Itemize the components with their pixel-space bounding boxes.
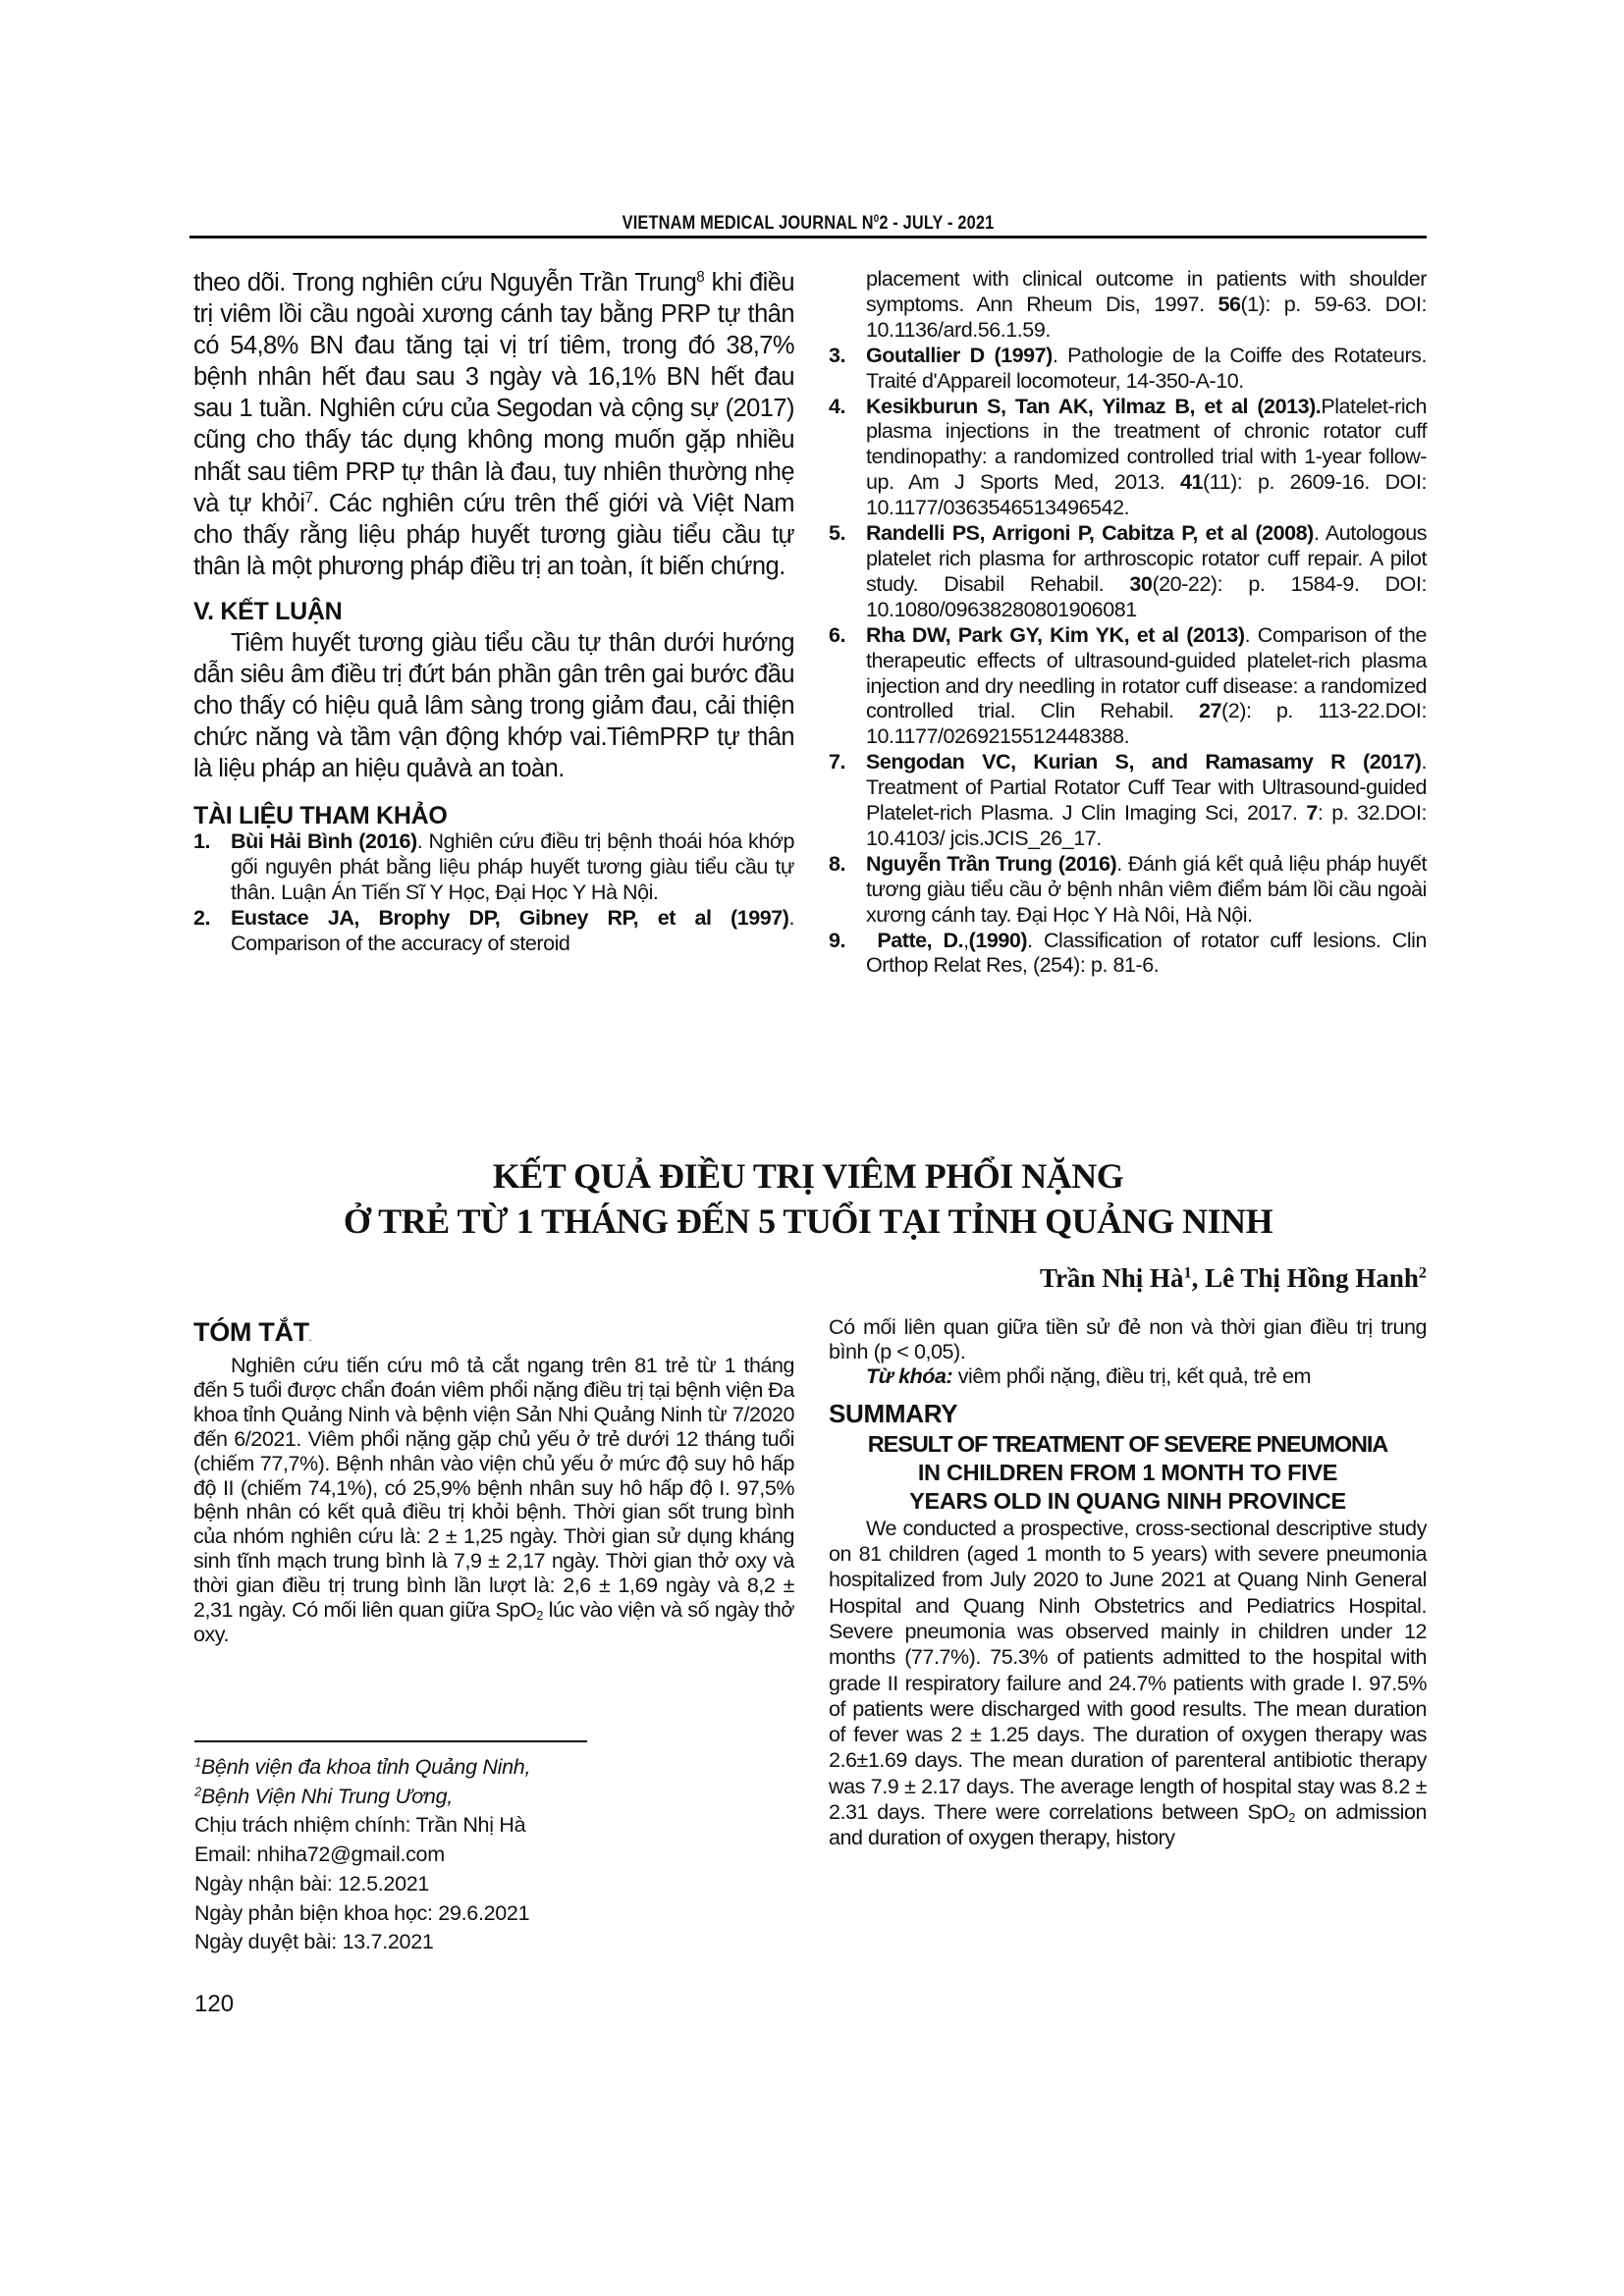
conclusion-heading: V. KẾT LUẬN: [193, 596, 794, 627]
text: theo dõi. Trong nghiên cứu Nguyễn Trần T…: [193, 269, 696, 296]
summary-paragraph: We conducted a prospective, cross-sectio…: [829, 1516, 1427, 1851]
reference-item: 5.Randelli PS, Arrigoni P, Cabitza P, et…: [829, 521, 1427, 623]
article-title-line: Ở TRẺ TỪ 1 THÁNG ĐẾN 5 TUỔI TẠI TỈNH QUẢ…: [189, 1199, 1427, 1244]
subscript: 2: [536, 1608, 543, 1623]
abstract-heading: TÓM TẮT.: [193, 1317, 794, 1354]
reference-item: 1.Bùi Hải Bình (2016). Nghiên cứu điều t…: [193, 829, 794, 906]
keywords: Từ khóa: viêm phổi nặng, điều trị, kết q…: [829, 1364, 1427, 1389]
date-reviewed: Ngày phản biện khoa học: 29.6.2021: [194, 1899, 744, 1929]
reference-item: 7.Sengodan VC, Kurian S, and Ramasamy R …: [829, 750, 1427, 852]
reference-authors: Rha DW, Park GY, Kim YK, et al (2013): [866, 623, 1245, 647]
reference-authors: Nguyễn Trần Trung (2016): [866, 852, 1116, 876]
keywords-label: Từ khóa:: [866, 1364, 952, 1388]
affiliation-sup: 1: [1183, 1263, 1191, 1281]
reference-item-continued: placement with clinical outcome in patie…: [829, 267, 1427, 344]
reference-list-right: placement with clinical outcome in patie…: [829, 267, 1427, 979]
reference-number: 5.: [829, 521, 845, 547]
corresponding-author: Chịu trách nhiệm chính: Trần Nhị Hà: [194, 1811, 744, 1841]
abstract-right-column: Có mối liên quan giữa tiền sử đẻ non và …: [829, 1315, 1427, 1851]
reference-number: 7.: [829, 750, 845, 775]
reference-item: 8.Nguyễn Trần Trung (2016). Đánh giá kết…: [829, 852, 1427, 929]
affiliation-1: 1Bệnh viện đa khoa tỉnh Quảng Ninh,: [194, 1753, 744, 1783]
reference-number: 3.: [829, 344, 845, 369]
reference-number: 1.: [193, 829, 210, 855]
text: We conducted a prospective, cross-sectio…: [829, 1517, 1427, 1824]
reference-number: 6.: [829, 623, 845, 649]
subscript: 2: [1288, 1810, 1295, 1825]
article-title: KẾT QUẢ ĐIỀU TRỊ VIÊM PHỔI NẶNG Ở TRẺ TỪ…: [189, 1153, 1427, 1244]
reference-item: 2.Eustace JA, Brophy DP, Gibney RP, et a…: [193, 906, 794, 957]
reference-volume: 30: [1129, 572, 1152, 596]
affiliation-text: Bệnh Viện Nhi Trung Ương,: [201, 1785, 453, 1808]
affiliation-2: 2Bệnh Viện Nhi Trung Ương,: [194, 1783, 744, 1812]
running-header: VIETNAM MEDICAL JOURNAL N02 - JULY - 202…: [276, 213, 1340, 235]
reference-authors: Kesikburun S, Tan AK, Yilmaz B, et al (2…: [866, 395, 1321, 418]
discussion-paragraph: theo dõi. Trong nghiên cứu Nguyễn Trần T…: [193, 267, 794, 582]
summary-title-line: IN CHILDREN FROM 1 MONTH TO FIVE: [829, 1459, 1427, 1487]
reference-item: 6.Rha DW, Park GY, Kim YK, et al (2013).…: [829, 623, 1427, 751]
reference-authors: Randelli PS, Arrigoni P, Cabitza P, et a…: [866, 521, 1314, 545]
reference-number: 9.: [829, 929, 845, 954]
article-authors: Trần Nhị Hà1, Lê Thị Hồng Hanh2: [884, 1263, 1427, 1294]
summary-title-line: RESULT OF TREATMENT OF SEVERE PNEUMONIA: [829, 1430, 1427, 1459]
reference-item: 9. Patte, D.,(1990). Classification of r…: [829, 929, 1427, 980]
author-name: Trần Nhị Hà: [1040, 1263, 1184, 1293]
citation-sup: 8: [696, 269, 704, 286]
reference-item: 3.Goutallier D (1997). Pathologie de la …: [829, 344, 1427, 395]
abstract-vi-column: TÓM TẮT. Nghiên cứu tiến cứu mô tả cắt n…: [193, 1317, 794, 1647]
prev-article-left-column: theo dõi. Trong nghiên cứu Nguyễn Trần T…: [193, 267, 794, 957]
reference-list-left: 1.Bùi Hải Bình (2016). Nghiên cứu điều t…: [193, 829, 794, 957]
keywords-text: viêm phổi nặng, điều trị, kết quả, trẻ e…: [952, 1364, 1311, 1388]
summary-heading: SUMMARY: [829, 1399, 1427, 1428]
header-rule: [189, 236, 1427, 239]
author-separator: ,: [1192, 1263, 1206, 1293]
reference-authors: Goutallier D (1997): [866, 344, 1053, 367]
reference-volume: 27: [1199, 699, 1221, 722]
text: khi điều trị viêm lồi cầu ngoài xương cá…: [193, 269, 794, 517]
journal-name: VIETNAM MEDICAL JOURNAL N: [623, 213, 874, 234]
footnotes: 1Bệnh viện đa khoa tỉnh Quảng Ninh, 2Bện…: [194, 1753, 744, 1957]
affiliation-sup: 2: [1419, 1263, 1427, 1281]
reference-authors: Bùi Hải Bình (2016): [231, 829, 417, 853]
reference-number: 8.: [829, 852, 845, 878]
affiliation-sup: 1: [194, 1754, 201, 1769]
footnote-rule: [194, 1740, 587, 1742]
author-name: Lê Thị Hồng Hanh: [1205, 1263, 1419, 1293]
reference-volume: 41: [1180, 470, 1203, 494]
abstract-paragraph: Nghiên cứu tiến cứu mô tả cắt ngang trên…: [193, 1354, 794, 1647]
reference-volume: 56: [1218, 293, 1240, 316]
date-received: Ngày nhận bài: 12.5.2021: [194, 1870, 744, 1899]
reference-year: (1990): [969, 929, 1027, 952]
article-title-line: KẾT QUẢ ĐIỀU TRỊ VIÊM PHỔI NẶNG: [189, 1153, 1427, 1199]
abstract-paragraph-continued: Có mối liên quan giữa tiền sử đẻ non và …: [829, 1315, 1427, 1364]
reference-authors: Eustace JA, Brophy DP, Gibney RP, et al …: [231, 906, 788, 930]
reference-number: 4.: [829, 395, 845, 420]
reference-authors: Patte, D.: [877, 929, 963, 952]
reference-volume: 7: [1306, 801, 1318, 825]
summary-title-line: YEARS OLD IN QUANG NINH PROVINCE: [829, 1487, 1427, 1516]
date-accepted: Ngày duyệt bài: 13.7.2021: [194, 1928, 744, 1957]
reference-item: 4.Kesikburun S, Tan AK, Yilmaz B, et al …: [829, 395, 1427, 522]
email: Email: nhiha72@gmail.com: [194, 1841, 744, 1870]
summary-title: RESULT OF TREATMENT OF SEVERE PNEUMONIA …: [829, 1430, 1427, 1516]
references-heading: TÀI LIỆU THAM KHẢO: [193, 802, 794, 829]
conclusion-paragraph: Tiêm huyết tương giàu tiểu cầu tự thân d…: [193, 627, 794, 784]
affiliation-text: Bệnh viện đa khoa tỉnh Quảng Ninh,: [201, 1755, 530, 1779]
reference-authors: Sengodan VC, Kurian S, and Ramasamy R (2…: [866, 750, 1421, 774]
reference-number: 2.: [193, 906, 210, 932]
heading-text: TÓM TẮT: [193, 1317, 309, 1347]
issue-date: 2 - JULY - 2021: [879, 213, 994, 234]
page-number: 120: [194, 1991, 234, 2018]
affiliation-sup: 2: [194, 1784, 201, 1798]
text: Nghiên cứu tiến cứu mô tả cắt ngang trên…: [193, 1354, 794, 1622]
